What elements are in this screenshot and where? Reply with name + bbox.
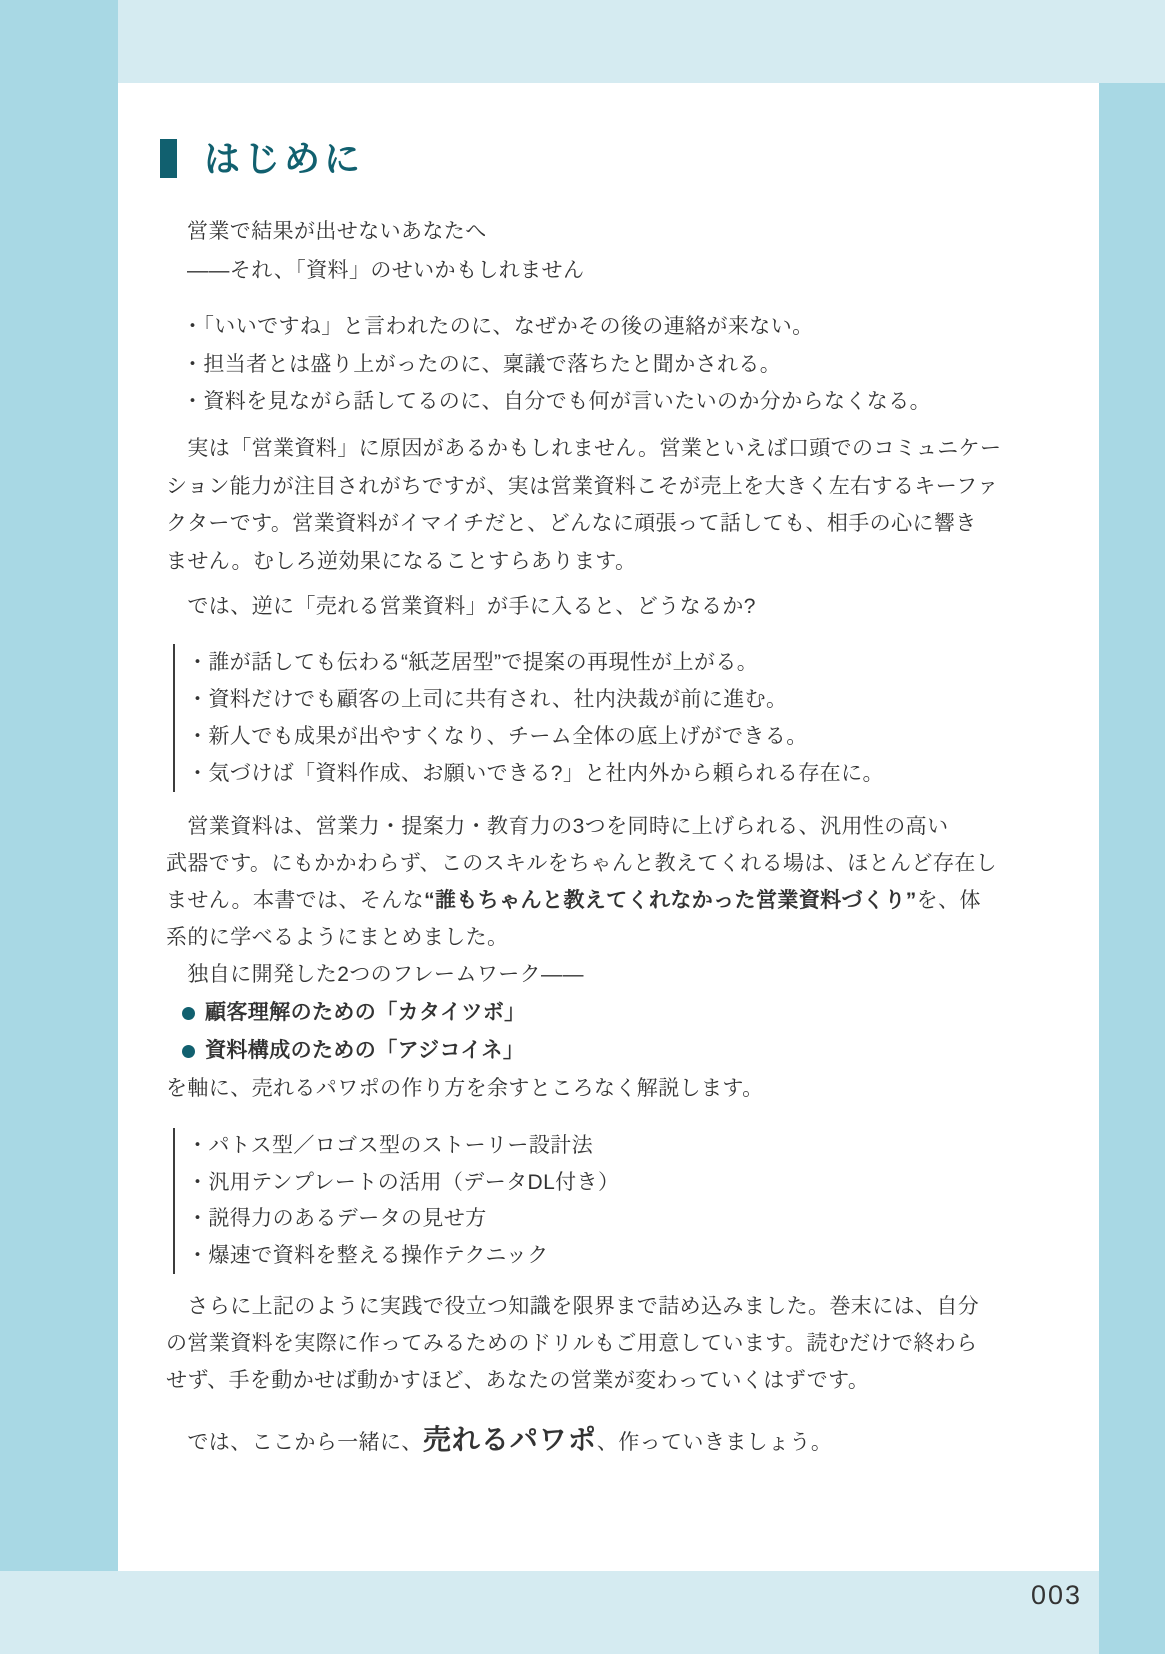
text-line: 営業で結果が出せないあなたへ [187, 212, 1071, 251]
paragraph-1: 実は「営業資料」に原因があるかもしれません。営業といえば口頭でのコミュニケーショ… [166, 430, 1050, 580]
text-line: ・担当者とは盛り上がったのに、稟議で落ちたと聞かされる。 [182, 346, 1066, 384]
right-margin-band [1099, 83, 1165, 1654]
text-line: の営業資料を実際に作ってみるためのドリルもご用意しています。読むだけで終わら [166, 1325, 1050, 1362]
framework-outro: を軸に、売れるパワポの作り方を余すところなく解説します。 [166, 1070, 1050, 1108]
text-line: ・「いいですね」と言われたのに、なぜかその後の連絡が来ない。 [182, 308, 1066, 346]
framework-section: 独自に開発した2つのフレームワーク―― 顧客理解のための「カタイツボ」資料構成の… [166, 956, 1050, 1108]
closing-line: では、ここから一緒に、売れるパワポ、作っていきましょう。 [166, 1419, 1050, 1464]
question-line: では、逆に「売れる営業資料」が手に入ると、どうなるか? [166, 588, 1050, 625]
left-margin-band [0, 0, 118, 1571]
heading-marker-bar [160, 139, 177, 178]
paragraph-2: 営業資料は、営業力・提案力・教育力の3つを同時に上げられる、汎用性の高い武器です… [166, 808, 1050, 956]
bullet-dot-icon [182, 1007, 195, 1020]
text-line: ・説得力のあるデータの見せ方 [187, 1201, 1047, 1238]
bullet-dot-icon [182, 1045, 195, 1058]
closing-highlight: 売れるパワポ [423, 1424, 597, 1455]
chapter-heading: はじめに [166, 139, 1050, 178]
text-line: ・資料だけでも顧客の上司に共有され、社内決裁が前に進む。 [187, 681, 1047, 718]
text-line: ション能力が注目されがちですが、実は営業資料こそが売上を大きく左右するキーファ [166, 468, 1050, 506]
text-line: 実は「営業資料」に原因があるかもしれません。営業といえば口頭でのコミュニケー [166, 430, 1050, 468]
text-line: 営業資料は、営業力・提案力・教育力の3つを同時に上げられる、汎用性の高い [166, 808, 1050, 845]
topic-list: ・パトス型／ロゴス型のストーリー設計法・汎用テンプレートの活用（データDL付き）… [173, 1128, 1047, 1274]
framework-item-label: 資料構成のための「アジコイネ」 [205, 1032, 524, 1070]
text-line: ません。むしろ逆効果になることすらあります。 [166, 543, 1050, 581]
framework-intro: 独自に開発した2つのフレームワーク―― [166, 956, 1050, 994]
footer-band: 003 [0, 1571, 1099, 1654]
text-line: ・汎用テンプレートの活用（データDL付き） [187, 1165, 1047, 1202]
top-margin-band [118, 0, 1165, 83]
text-line: ・爆速で資料を整える操作テクニック [187, 1238, 1047, 1275]
text-line: せず、手を動かせば動かすほど、あなたの営業が変わっていくはずです。 [166, 1362, 1050, 1399]
text-line: ・気づけば「資料作成、お願いできる?」と社内外から頼られる存在に。 [187, 755, 1047, 792]
framework-item: 顧客理解のための「カタイツボ」 [166, 994, 1050, 1032]
closing-prefix: では、ここから一緒に、 [166, 1431, 423, 1454]
page-number: 003 [1031, 1580, 1082, 1611]
text-line: ・資料を見ながら話してるのに、自分でも何が言いたいのか分からなくなる。 [182, 383, 1066, 421]
framework-list: 顧客理解のための「カタイツボ」資料構成のための「アジコイネ」 [166, 994, 1050, 1070]
pain-point-list: ・「いいですね」と言われたのに、なぜかその後の連絡が来ない。・担当者とは盛り上が… [166, 308, 1066, 421]
benefit-list: ・誰が話しても伝わる“紙芝居型”で提案の再現性が上がる。・資料だけでも顧客の上司… [173, 644, 1047, 792]
lead-lines: 営業で結果が出せないあなたへ――それ、「資料」のせいかもしれません [166, 212, 1071, 290]
text-line: さらに上記のように実践で役立つ知識を限界まで詰め込みました。巻末には、自分 [166, 1288, 1050, 1325]
text-line: ・誰が話しても伝わる“紙芝居型”で提案の再現性が上がる。 [187, 644, 1047, 681]
text-line: ません。本書では、そんな“誰もちゃんと教えてくれなかった営業資料づくり”を、体 [166, 882, 1050, 919]
chapter-title: はじめに [204, 141, 364, 177]
text-line: 系的に学べるようにまとめました。 [166, 919, 1050, 956]
text-line: ・パトス型／ロゴス型のストーリー設計法 [187, 1128, 1047, 1165]
book-page: 003 はじめに 営業で結果が出せないあなたへ――それ、「資料」のせいかもしれま… [0, 0, 1165, 1654]
text-line: 武器です。にもかかわらず、このスキルをちゃんと教えてくれる場は、ほとんど存在し [166, 845, 1050, 882]
text-line: クターです。営業資料がイマイチだと、どんなに頑張って話しても、相手の心に響き [166, 505, 1050, 543]
framework-item-label: 顧客理解のための「カタイツボ」 [205, 994, 526, 1032]
text-line: ――それ、「資料」のせいかもしれません [187, 251, 1071, 290]
framework-item: 資料構成のための「アジコイネ」 [166, 1032, 1050, 1070]
text-line: ・新人でも成果が出やすくなり、チーム全体の底上げができる。 [187, 718, 1047, 755]
closing-suffix: 、作っていきましょう。 [597, 1431, 832, 1454]
paragraph-3: さらに上記のように実践で役立つ知識を限界まで詰め込みました。巻末には、自分の営業… [166, 1288, 1050, 1399]
